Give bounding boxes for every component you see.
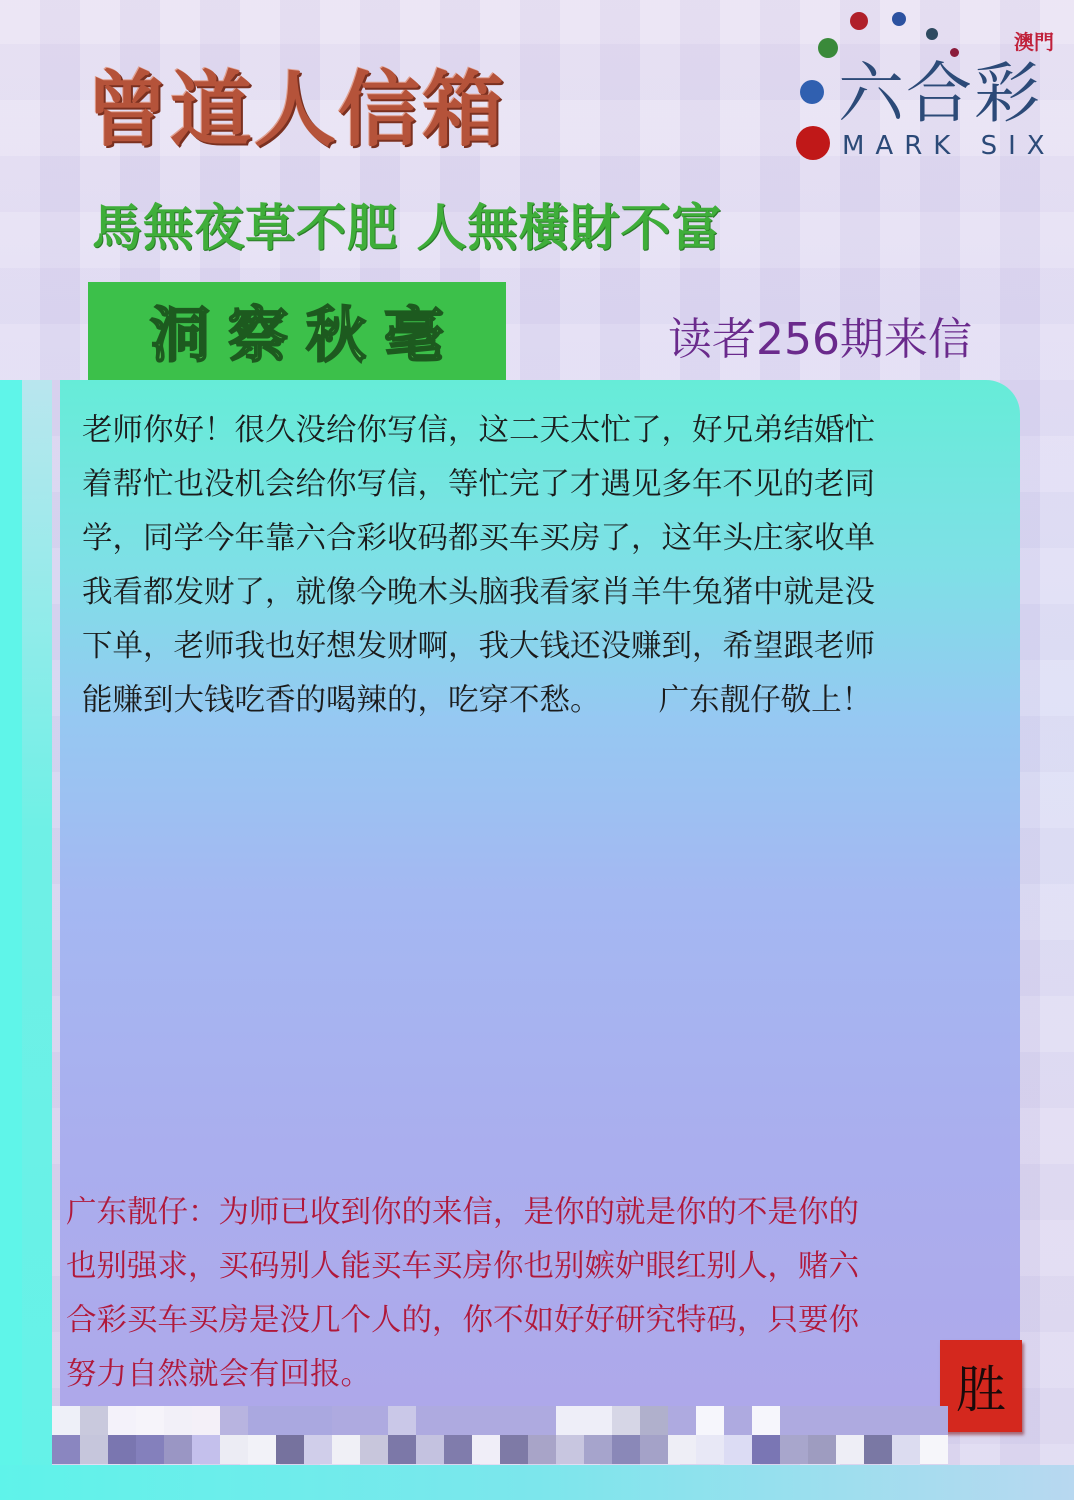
reply-line: 也别强求，买码别人能买车买房你也别嫉妒眼红别人，赌六 — [66, 1240, 996, 1294]
slogan: 馬無夜草不肥 人無橫財不富 — [92, 196, 722, 260]
logo-dot-icon — [926, 28, 938, 40]
issue-label: 读者256期来信 — [668, 310, 972, 370]
mosaic-row-bottom — [52, 1435, 948, 1464]
logo-dot-icon — [892, 12, 906, 26]
logo-dot-icon — [850, 12, 868, 30]
letter-line: 着帮忙也没机会给你写信，等忙完了才遇见多年不见的老同 — [82, 458, 1012, 512]
logo-dot-icon — [818, 38, 838, 58]
logo-name: 六合彩 — [838, 54, 1042, 134]
reply-line: 努力自然就会有回报。 — [66, 1348, 996, 1402]
seal-stamp-text: 胜 — [956, 1350, 1006, 1422]
reply-line: 广东靓仔：为师已收到你的来信，是你的就是你的不是你的 — [66, 1186, 996, 1240]
logo-region-label: 澳門 — [1014, 26, 1054, 55]
left-accent-strip-inner — [0, 380, 22, 1500]
page-title: 曾道人信箱 — [86, 60, 506, 160]
mark-six-logo: 澳門 六合彩 MARK SIX — [790, 0, 1074, 170]
mosaic-row-top — [52, 1406, 948, 1435]
letter-line: 能赚到大钱吃香的喝辣的，吃穿不愁。 广东靓仔敬上！ — [82, 674, 1012, 728]
letter-line: 学，同学今年靠六合彩收码都买车买房了，这年头庄家收单 — [82, 512, 1012, 566]
section-badge-label: 洞察秋毫 — [150, 288, 462, 374]
section-badge: 洞察秋毫 — [88, 282, 506, 380]
reader-letter: 老师你好！很久没给你写信，这二天太忙了，好兄弟结婚忙 着帮忙也没机会给你写信，等… — [82, 404, 1012, 728]
reply-line: 合彩买车买房是没几个人的，你不如好好研究特码，只要你 — [66, 1294, 996, 1348]
seal-stamp: 胜 — [940, 1340, 1022, 1432]
logo-dot-icon — [796, 126, 830, 160]
letter-line: 下单，老师我也好想发财啊，我大钱还没赚到，希望跟老师 — [82, 620, 1012, 674]
logo-subtitle: MARK SIX — [842, 132, 1056, 160]
letter-line: 老师你好！很久没给你写信，这二天太忙了，好兄弟结婚忙 — [82, 404, 1012, 458]
bottom-accent-band — [0, 1465, 1074, 1500]
logo-dot-icon — [800, 80, 824, 104]
master-reply: 广东靓仔：为师已收到你的来信，是你的就是你的不是你的 也别强求，买码别人能买车买… — [66, 1186, 996, 1402]
letter-line: 我看都发财了，就像今晚木头脑我看家肖羊牛兔猪中就是没 — [82, 566, 1012, 620]
